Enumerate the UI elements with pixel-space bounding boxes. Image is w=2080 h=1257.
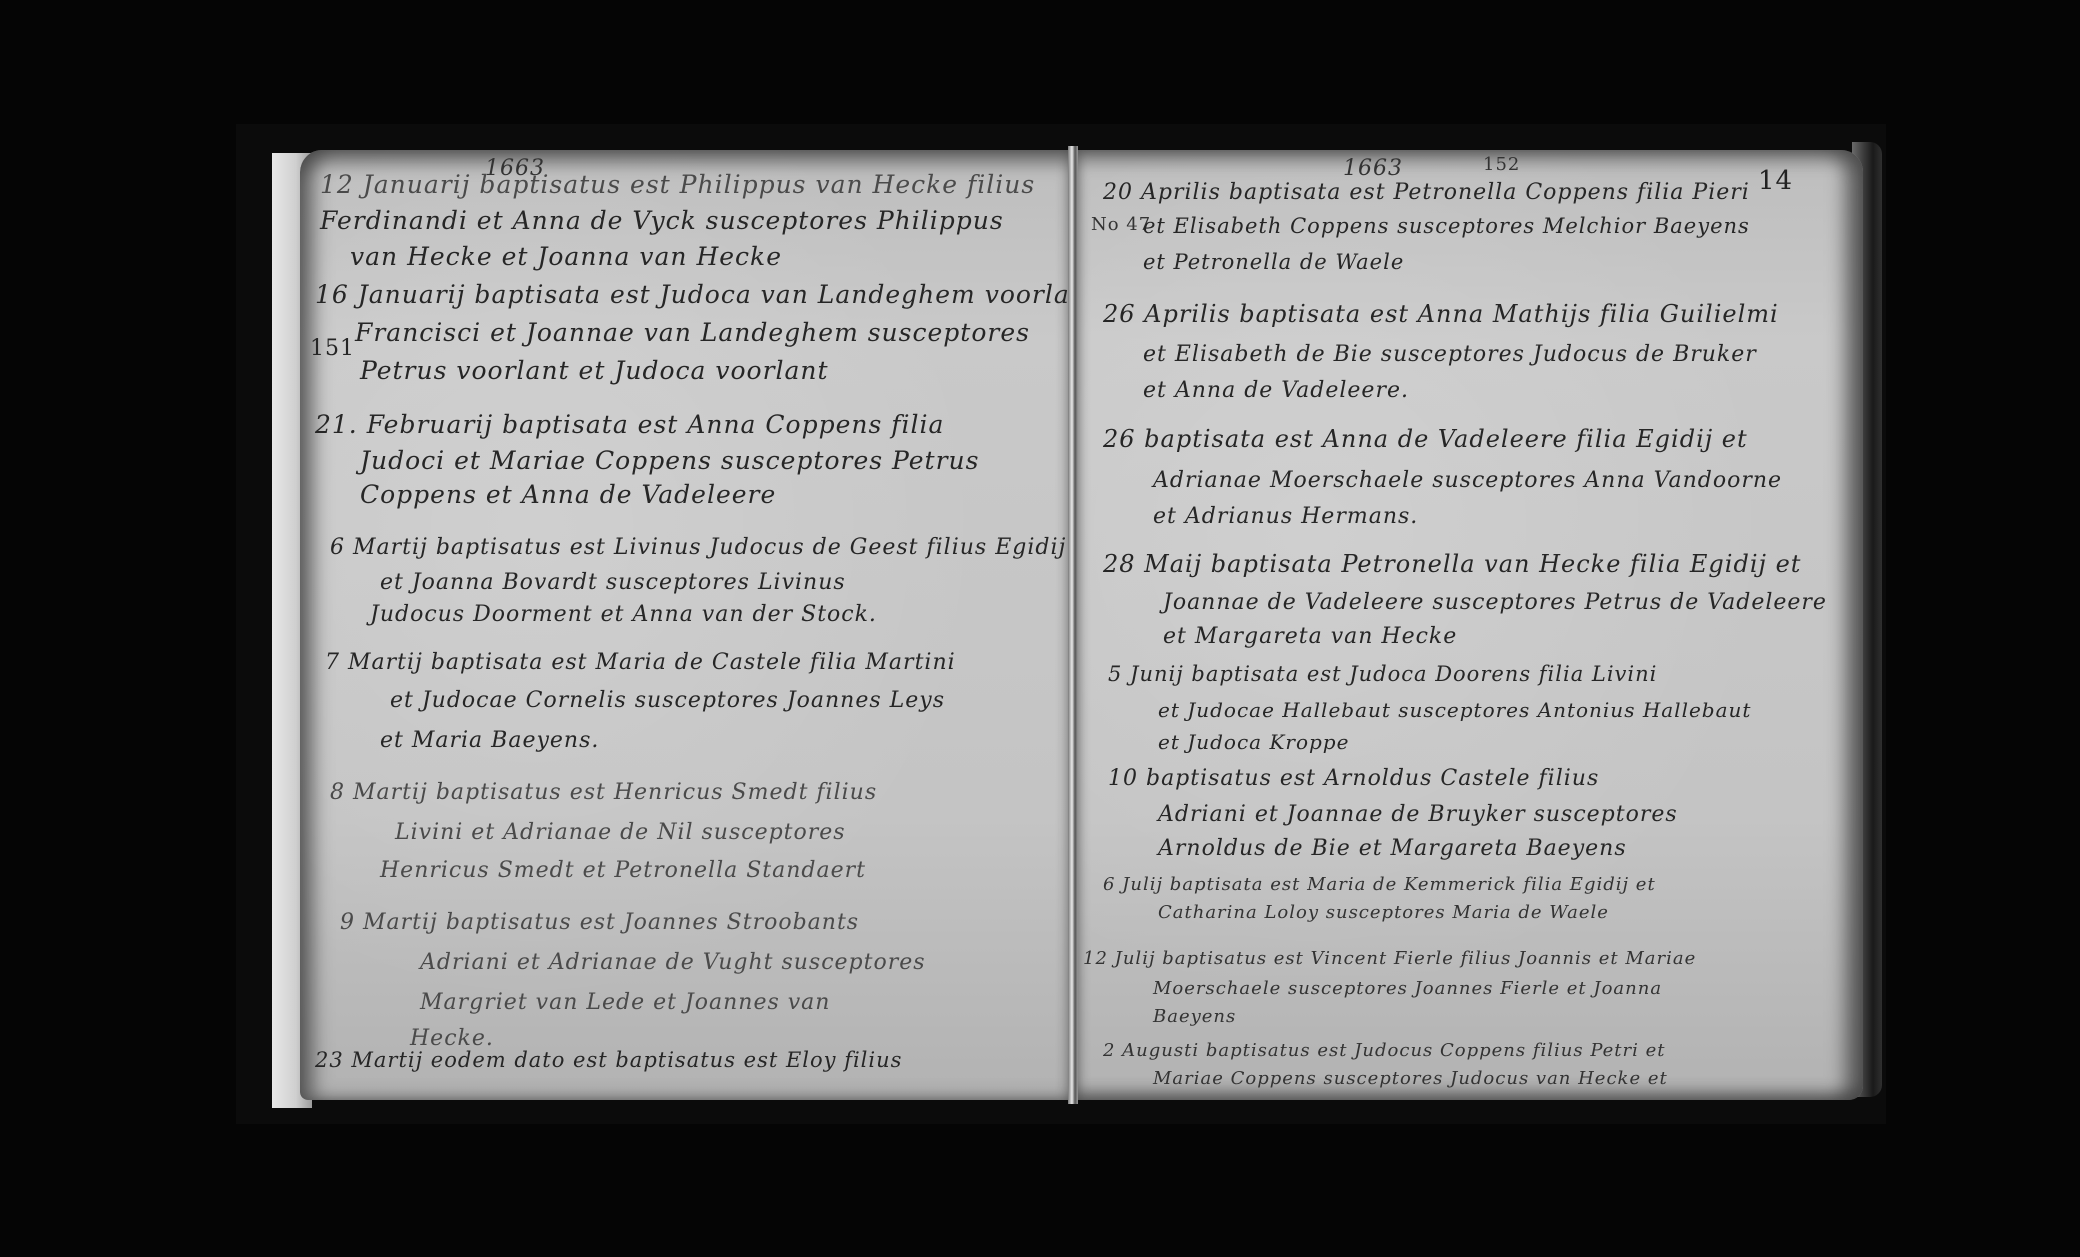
register-line: et Anna de Vadeleere. bbox=[1143, 378, 1409, 403]
register-line: van Hecke et Joanna van Hecke bbox=[350, 242, 782, 271]
register-line: Coppens et Anna de Vadeleere bbox=[360, 480, 776, 509]
register-line: Judocus Doorment et Anna van der Stock. bbox=[370, 602, 877, 627]
register-line: 10 baptisatus est Arnoldus Castele filiu… bbox=[1108, 766, 1599, 791]
register-line: 28 Maij baptisata Petronella van Hecke f… bbox=[1103, 550, 1801, 578]
register-line: et Adrianus Hermans. bbox=[1153, 504, 1418, 529]
register-line: Moerschaele susceptores Joannes Fierle e… bbox=[1153, 978, 1662, 999]
register-line: Judoci et Mariae Coppens susceptores Pet… bbox=[360, 446, 979, 475]
folio-number: 152 bbox=[1483, 154, 1520, 175]
register-line: Livini et Adrianae de Nil susceptores bbox=[395, 820, 846, 845]
register-line: 26 baptisata est Anna de Vadeleere filia… bbox=[1103, 425, 1748, 453]
register-line: et Maria Baeyens. bbox=[380, 728, 599, 753]
register-line: et Margareta van Hecke bbox=[1163, 624, 1457, 649]
register-line: Catharina Loloy susceptores Maria de Wae… bbox=[1158, 902, 1609, 923]
register-line: 12 Julij baptisatus est Vincent Fierle f… bbox=[1083, 948, 1696, 969]
register-line: 8 Martij baptisatus est Henricus Smedt f… bbox=[330, 780, 877, 805]
register-line: et Judocae Cornelis susceptores Joannes … bbox=[390, 688, 945, 713]
register-line: et Petronella de Waele bbox=[1143, 250, 1404, 274]
register-line: Mariae Coppens susceptores Judocus van H… bbox=[1153, 1068, 1668, 1089]
register-line: et Judoca Kroppe bbox=[1158, 730, 1349, 754]
register-line: 21. Februarij baptisata est Anna Coppens… bbox=[315, 410, 944, 439]
register-line: Margriet van Lede et Joannes van bbox=[420, 990, 830, 1015]
register-line: Petrus voorlant et Judoca voorlant bbox=[360, 356, 829, 385]
year-header-right: 1663 bbox=[1343, 156, 1403, 181]
register-line: 23 Martij eodem dato est baptisatus est … bbox=[315, 1048, 902, 1072]
register-line: Adriani et Joannae de Bruyker susceptore… bbox=[1158, 802, 1678, 827]
right-page: 1663 152 14 20 Aprilis baptisata est Pet… bbox=[1073, 150, 1863, 1100]
register-line: 6 Julij baptisata est Maria de Kemmerick… bbox=[1103, 874, 1656, 895]
register-line: et Joanna Bovardt susceptores Livinus bbox=[380, 570, 846, 595]
left-page: 1663 12 Januarij baptisatus est Philippu… bbox=[300, 150, 1073, 1100]
register-line: 6 Martij baptisatus est Livinus Judocus … bbox=[330, 535, 1066, 560]
register-line: 2 Augusti baptisatus est Judocus Coppens… bbox=[1103, 1040, 1666, 1061]
register-line: 16 Januarij baptisata est Judoca van Lan… bbox=[315, 280, 1073, 309]
register-line: 26 Aprilis baptisata est Anna Mathijs fi… bbox=[1103, 300, 1779, 328]
register-line: Francisci et Joannae van Landeghem susce… bbox=[355, 318, 1030, 347]
margin-note-left: 151 bbox=[310, 336, 355, 361]
register-line: Adriani et Adrianae de Vught susceptores bbox=[420, 950, 926, 975]
page-number: 14 bbox=[1758, 166, 1793, 196]
register-line: et Elisabeth Coppens susceptores Melchio… bbox=[1143, 214, 1750, 238]
register-line: Adrianae Moerschaele susceptores Anna Va… bbox=[1153, 468, 1782, 493]
register-line: 5 Junij baptisata est Judoca Doorens fil… bbox=[1108, 662, 1657, 686]
book-gutter bbox=[1068, 146, 1078, 1104]
register-line: et Elisabeth de Bie susceptores Judocus … bbox=[1143, 342, 1757, 367]
register-line: Ferdinandi et Anna de Vyck susceptores P… bbox=[320, 206, 1004, 235]
register-line: 12 Januarij baptisatus est Philippus van… bbox=[320, 170, 1035, 199]
register-line: Henricus Smedt et Petronella Standaert bbox=[380, 858, 866, 883]
register-line: 20 Aprilis baptisata est Petronella Copp… bbox=[1103, 180, 1750, 205]
register-line: Joannae de Vadeleere susceptores Petrus … bbox=[1163, 590, 1827, 615]
register-line: et Judocae Hallebaut susceptores Antoniu… bbox=[1158, 698, 1751, 722]
register-line: 9 Martij baptisatus est Joannes Strooban… bbox=[340, 910, 859, 935]
register-line: Arnoldus de Bie et Margareta Baeyens bbox=[1158, 836, 1627, 861]
register-line: 7 Martij baptisata est Maria de Castele … bbox=[325, 650, 956, 675]
register-line: Baeyens bbox=[1153, 1006, 1236, 1027]
